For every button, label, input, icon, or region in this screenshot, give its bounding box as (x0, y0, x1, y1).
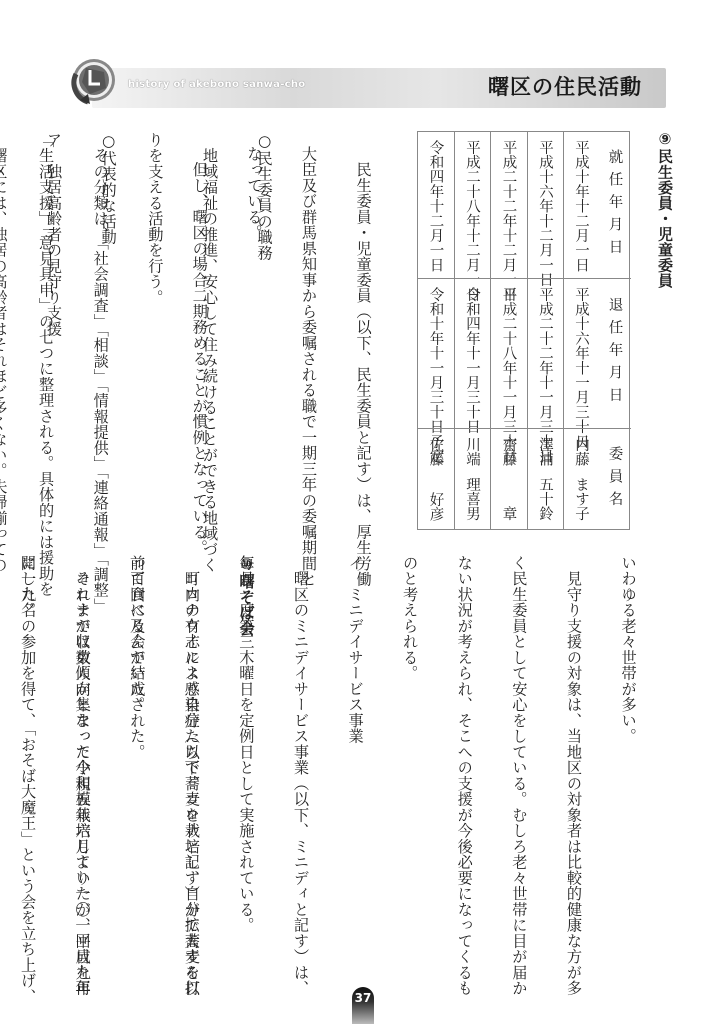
start-date: 平成二十二年十二月一日 (491, 132, 527, 278)
given-name: 好彦 (426, 492, 447, 521)
text-line: 見守り支援の対象は、当地区の対象者は比較的健康な方が多 (565, 555, 583, 975)
text-line: 曙区のミニデイサービス事業（以下、ミニディと記す）は、 (292, 555, 310, 975)
member-name: 川端理喜男 (455, 428, 490, 531)
text-line: 民生委員・児童委員（以下、民生委員と記す）は、厚生労働 (354, 146, 372, 546)
table-row: 令和四年十二月一日 令和十年十一月三十日予定 佐藤好彦 (418, 132, 454, 529)
header-subtitle: history of akebono sanwa-cho (128, 79, 305, 90)
end-date: 平成二十八年十一月三十日 (491, 278, 527, 428)
text-line: に一九名の参加を得て、「おそば大魔王」という会を立ち上げ、 (19, 555, 37, 975)
header-member-name: 委員名 (599, 428, 631, 531)
end-date: 平成二十二年十一月三十日 (528, 278, 563, 428)
text-line: のと考えられる。 (401, 555, 419, 975)
family-name: 澤浦 (535, 437, 556, 466)
table-row: 平成十年十二月一日 平成十六年十一月三十日 内藤ます子 (563, 132, 599, 529)
table-row: 平成二十二年十二月一日 平成二十八年十一月三十日 齋藤章 (490, 132, 527, 529)
activity-i-heading: イ ミニデイサービス事業 (346, 555, 364, 975)
table-row: 平成二十八年十二月一日 令和四年十一月三十日 川端理喜男 (454, 132, 490, 529)
text-line: 町内の有志により自分たちで蕎麦を栽培し、自分で蕎麦を打 (183, 555, 201, 975)
text-line: く民生委員として安心をしている。むしろ老々世帯に目が届か (510, 555, 528, 975)
given-name: ます子 (571, 477, 592, 521)
duties-heading: ○民生委員の職務 (255, 132, 273, 532)
text-line: 曙区には、独居の高齢者はそれほど多くない。夫婦揃っての (0, 132, 8, 532)
committee-members-table: 就任年月日 退任年月日 委員名 平成十年十二月一日 平成十六年十一月三十日 内藤… (417, 131, 630, 530)
start-date: 令和四年十二月一日 (418, 132, 454, 278)
member-name: 齋藤章 (491, 428, 527, 531)
start-date: 平成二十八年十二月一日 (455, 132, 490, 278)
activity-a-heading: ア 独居高齢者の見守り支援 (45, 132, 63, 532)
header-start-date: 就任年月日 (599, 132, 631, 278)
member-name: 澤浦五十鈴 (528, 428, 563, 531)
page-title: 曙区の住民活動 (488, 71, 642, 101)
page-number: 37 (352, 991, 374, 1005)
table-row: 平成十六年十二月一日 平成二十二年十一月三十日 澤浦五十鈴 (527, 132, 563, 529)
end-date: 平成十六年十一月三十日 (564, 278, 599, 428)
text-line: って食べる会が結成された。 (128, 555, 146, 975)
text-line: それまでは数人が集まって小規模栽培していたが、平成九年 (74, 555, 92, 975)
family-name: 佐藤 (426, 437, 447, 466)
text-line: 地域福祉の推進、安心して住み続けることができる地域づく (201, 132, 219, 532)
member-name: 佐藤好彦 (418, 428, 454, 531)
header-end-date: 退任年月日 (599, 278, 631, 428)
given-name: 五十鈴 (535, 477, 556, 521)
family-name: 内藤 (571, 437, 592, 466)
section-9-heading: ⑨民生委員・児童委員 (656, 130, 674, 289)
given-name: 章 (499, 506, 520, 521)
end-date: 令和四年十一月三十日 (455, 278, 490, 428)
section-10: ⑩曙そば会 町内の有志により自分たちで蕎麦を栽培し、自分で蕎麦を打 って食べる会… (0, 555, 292, 975)
text-line: ない状況が考えられ、そこへの支援が今後必要になってくるも (456, 555, 474, 975)
family-name: 川端 (462, 437, 483, 466)
given-name: 理喜男 (462, 477, 483, 521)
end-date: 令和十年十一月三十日予定 (418, 278, 454, 428)
start-date: 平成十六年十二月一日 (528, 132, 563, 278)
start-date: 平成十年十二月一日 (564, 132, 599, 278)
section-10-heading: ⑩曙そば会 (237, 555, 255, 975)
activities-heading: ○代表的な活動 (99, 132, 117, 532)
activities-section: ○代表的な活動 ア 独居高齢者の見守り支援 曙区には、独居の高齢者はそれほど多く… (0, 132, 154, 532)
family-name: 齋藤 (499, 437, 520, 466)
member-name: 内藤ます子 (564, 428, 599, 531)
text-line: いわゆる老々世帯が多い。 (619, 555, 637, 975)
table-header-column: 就任年月日 退任年月日 委員名 (599, 132, 631, 529)
clock-history-icon (66, 56, 118, 108)
